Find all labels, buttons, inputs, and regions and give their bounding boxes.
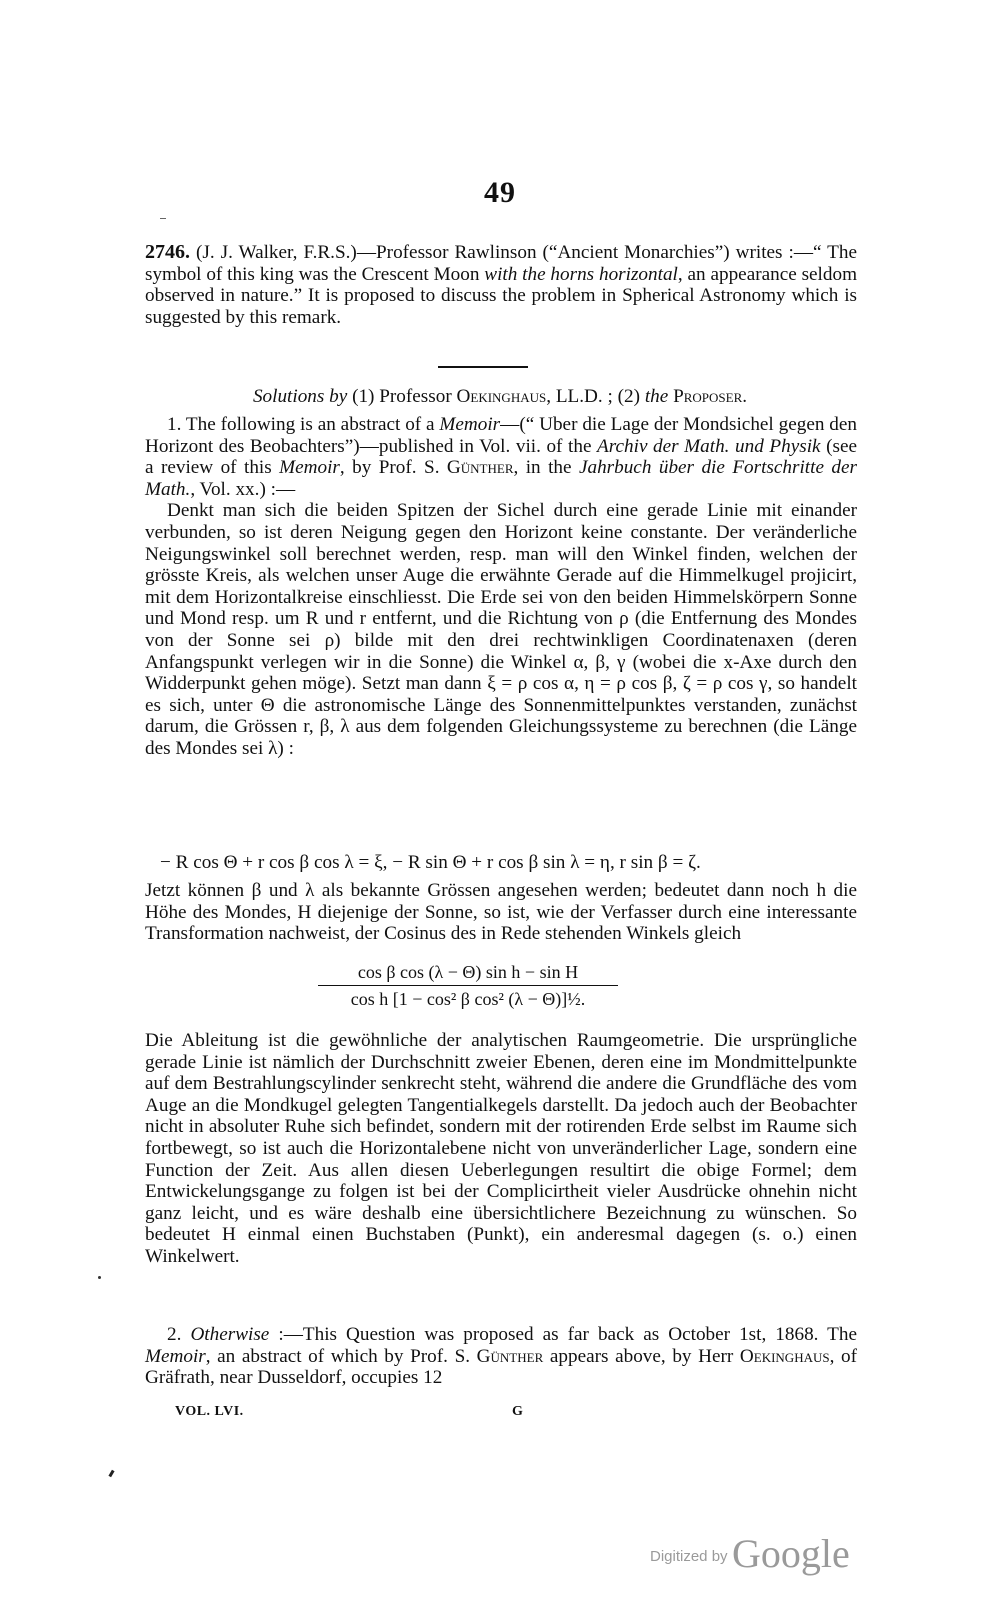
memoir-title: Memoir [145, 1346, 206, 1367]
solutions-prefix: Solutions by [253, 386, 347, 407]
scan-artifact [108, 1470, 114, 1478]
otherwise-label: Otherwise [190, 1324, 269, 1345]
paragraph-2: 2. Otherwise :—This Question was propose… [145, 1324, 857, 1389]
journal-title: Archiv der Math. und Physik [597, 436, 821, 457]
text: , in the [514, 457, 579, 478]
paragraph-ableitung: Die Ableitung ist die gewöhnliche der an… [145, 1030, 857, 1268]
text: appears above, by Herr [543, 1346, 740, 1367]
formula-numerator: cos β cos (λ − Θ) sin h − sin H [318, 962, 618, 986]
memoir-title: Memoir [439, 414, 500, 435]
google-logo: Google [732, 1531, 850, 1576]
solutions-the: the [645, 386, 668, 407]
text: 2. [167, 1324, 190, 1345]
section-divider [438, 366, 528, 368]
solver-name-2: Proposer. [673, 386, 747, 407]
text: , by Prof. S. [340, 457, 447, 478]
text: , Vol. xx.) :— [190, 479, 295, 500]
formula-denominator: cos h [1 − cos² β cos² (λ − Θ)]½. [318, 986, 618, 1010]
paragraph-1: 1. The following is an abstract of a Mem… [145, 414, 857, 760]
signature-mark: G [512, 1404, 523, 1420]
watermark-prefix: Digitized by [650, 1548, 728, 1565]
question-italic: with the horns horizontal [484, 264, 678, 285]
scan-artifact [98, 1276, 101, 1279]
question-2746: 2746. (J. J. Walker, F.R.S.)—Professor R… [145, 242, 857, 328]
scan-artifact [160, 218, 166, 219]
author-name: Günther [447, 457, 514, 478]
author-name: Oekinghaus [740, 1346, 830, 1367]
question-number: 2746. [145, 241, 190, 263]
text: 1. The following is an abstract of a [167, 414, 439, 435]
paragraph-jetzt: Jetzt können β und λ als bekannte Grösse… [145, 880, 857, 945]
solver-name-1: Oekinghaus [457, 386, 547, 407]
digitized-by-google-watermark: Digitized by Google [650, 1530, 850, 1577]
paragraph-1-german: Denkt man sich die beiden Spitzen der Si… [145, 500, 857, 759]
equation-system: − R cos Θ + r cos β cos λ = ξ, − R sin Θ… [160, 852, 860, 874]
volume-label: VOL. LVI. [175, 1404, 244, 1420]
solutions-line: Solutions by (1) Professor Oekinghaus, L… [0, 386, 1000, 408]
solutions-part1: (1) Professor [347, 386, 456, 407]
text: :—This Question was proposed as far back… [269, 1324, 857, 1345]
paragraph-1-intro: 1. The following is an abstract of a Mem… [145, 414, 857, 500]
text: , an abstract of which by Prof. S. [206, 1346, 477, 1367]
author-name: Günther [477, 1346, 544, 1367]
cosine-formula: cos β cos (λ − Θ) sin h − sin H cos h [1… [318, 962, 618, 1010]
solutions-part2: , LL.D. ; (2) [546, 386, 645, 407]
memoir-title: Memoir [279, 457, 340, 478]
page-number: 49 [0, 176, 1000, 210]
question-author: (J. J. Walker, F.R.S.) [196, 242, 357, 263]
